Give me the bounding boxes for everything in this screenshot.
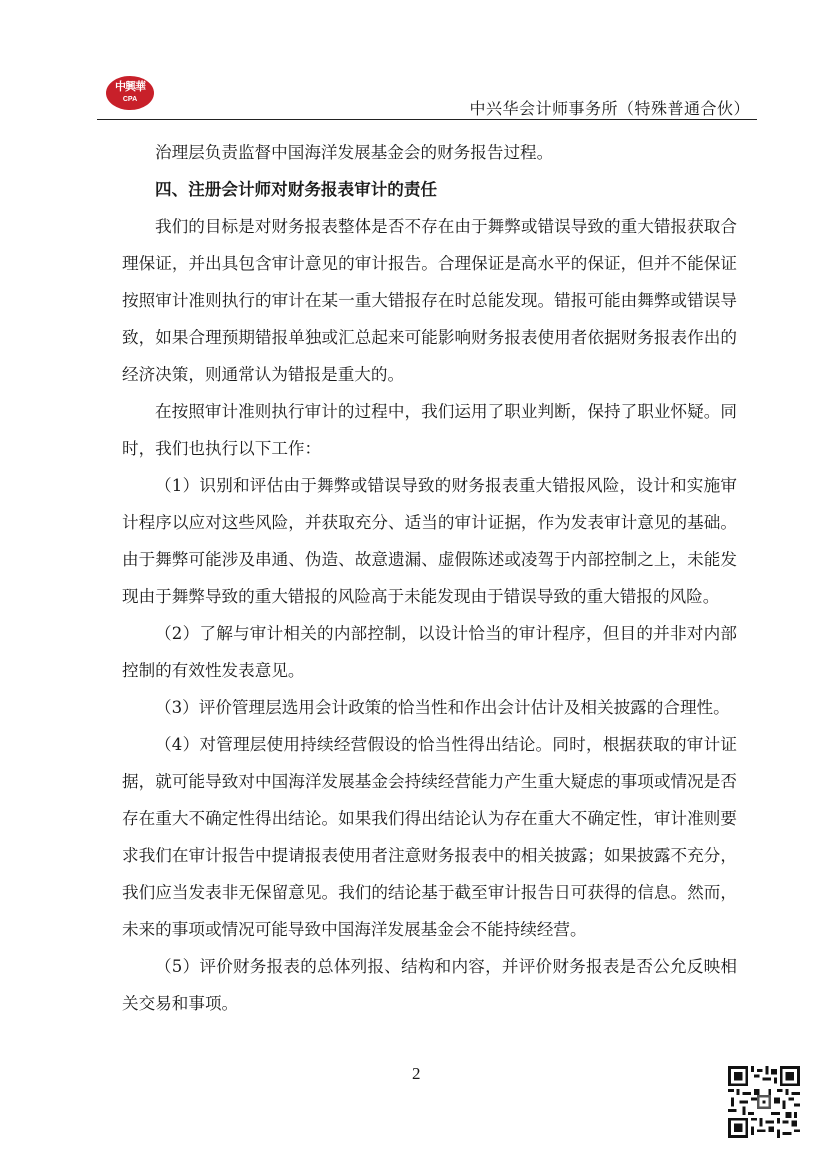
document-body: 治理层负责监督中国海洋发展基金会的财务报告过程。 四、注册会计师对财务报表审计的… [122,134,737,1022]
firm-name: 中兴华会计师事务所（特殊普通合伙） [469,96,750,119]
header-divider [97,119,757,120]
firm-logo: 中興華 CPA [106,76,154,110]
paragraph-governance: 治理层负责监督中国海洋发展基金会的财务报告过程。 [122,134,737,171]
paragraph-item-2: （2）了解与审计相关的内部控制，以设计恰当的审计程序，但目的并非对内部控制的有效… [122,615,737,689]
qr-code-icon [728,1066,800,1138]
section-heading: 四、注册会计师对财务报表审计的责任 [122,171,737,208]
paragraph-item-5: （5）评价财务报表的总体列报、结构和内容，并评价财务报表是否公允反映相关交易和事… [122,948,737,1022]
paragraph-item-1: （1）识别和评估由于舞弊或错误导致的财务报表重大错报风险，设计和实施审计程序以应… [122,467,737,615]
paragraph-professional-judgment: 在按照审计准则执行审计的过程中，我们运用了职业判断，保持了职业怀疑。同时，我们也… [122,393,737,467]
paragraph-objective: 我们的目标是对财务报表整体是否不存在由于舞弊或错误导致的重大错报获取合理保证，并… [122,208,737,393]
page-number: 2 [412,1064,421,1084]
paragraph-item-4: （4）对管理层使用持续经营假设的恰当性得出结论。同时，根据获取的审计证据，就可能… [122,726,737,948]
logo-glyphs: 中興華 [106,76,154,96]
logo-cpa-label: CPA [106,96,154,104]
paragraph-item-3: （3）评价管理层选用会计政策的恰当性和作出会计估计及相关披露的合理性。 [122,689,737,726]
